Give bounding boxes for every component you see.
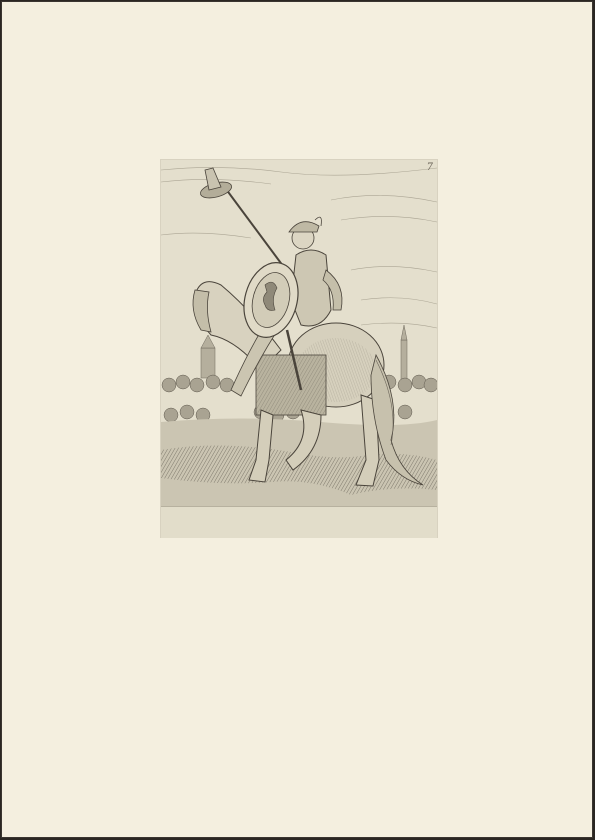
corner-mark: 7: [427, 162, 433, 173]
engraving-plate: 7: [161, 160, 437, 506]
mount-mat: 7: [1, 1, 593, 838]
horseman-engraving: [161, 160, 437, 506]
plate-margin: [161, 506, 437, 538]
print-sheet: 7: [161, 160, 437, 537]
